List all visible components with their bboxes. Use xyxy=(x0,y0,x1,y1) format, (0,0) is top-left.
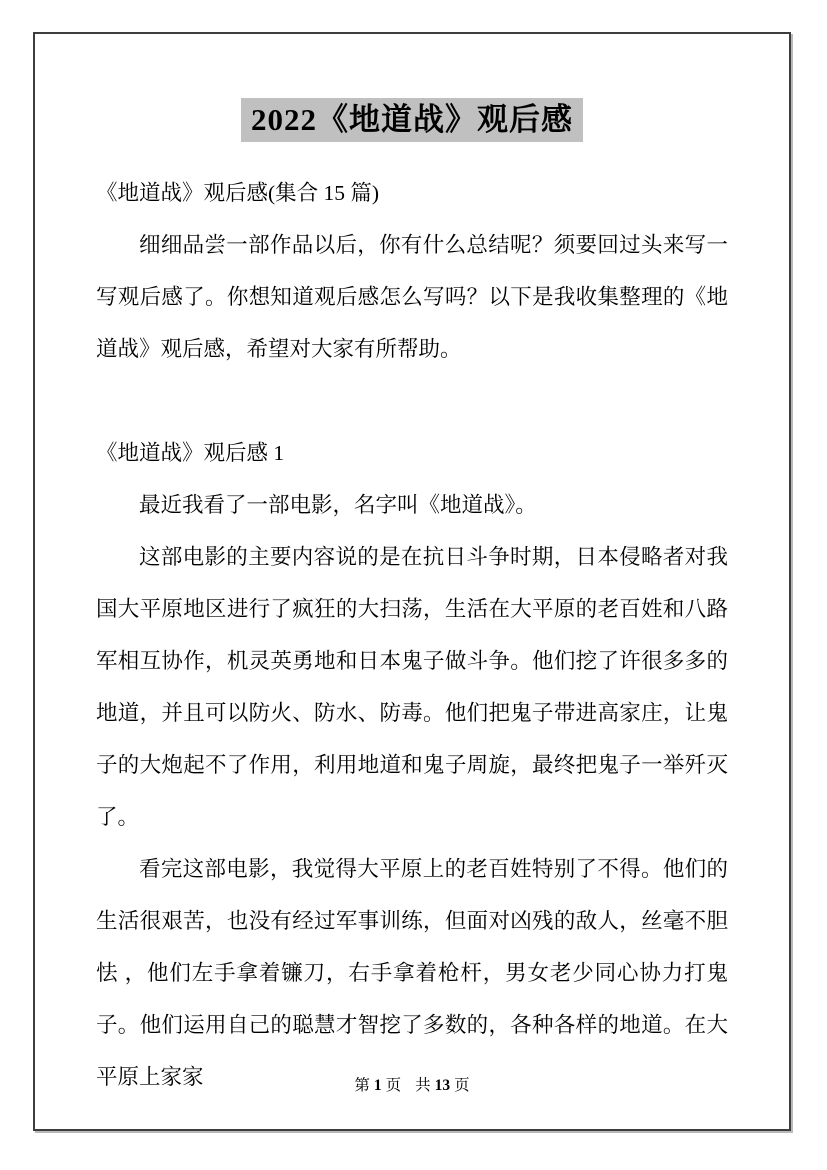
document-page: 2022《地道战》观后感 《地道战》观后感(集合 15 篇)细细品尝一部作品以后… xyxy=(33,32,791,1131)
page-number-suffix: 页 xyxy=(386,1077,402,1094)
total-pages-label: 共13页 xyxy=(415,1077,470,1094)
paragraph: 《地道战》观后感(集合 15 篇) xyxy=(96,167,728,219)
paragraph: 这部电影的主要内容说的是在抗日斗争时期，日本侵略者对我国大平原地区进行了疯狂的大… xyxy=(96,531,728,843)
blank-line xyxy=(96,375,728,427)
page-number-label: 第1页 xyxy=(354,1077,401,1094)
paragraph: 《地道战》观后感 1 xyxy=(96,427,728,479)
paragraph: 看完这部电影，我觉得大平原上的老百姓特别了不得。他们的生活很艰苦，也没有经过军事… xyxy=(96,843,728,1103)
total-pages-prefix: 共 xyxy=(415,1077,431,1094)
title-wrap: 2022《地道战》观后感 xyxy=(35,98,789,142)
paragraph: 细细品尝一部作品以后，你有什么总结呢？须要回过头来写一写观后感了。你想知道观后感… xyxy=(96,219,728,375)
page-footer: 第1页共13页 xyxy=(35,1073,789,1095)
document-body: 《地道战》观后感(集合 15 篇)细细品尝一部作品以后，你有什么总结呢？须要回过… xyxy=(96,167,728,1103)
page-number-prefix: 第 xyxy=(354,1077,370,1094)
document-title: 2022《地道战》观后感 xyxy=(241,98,583,142)
page-number-value: 1 xyxy=(370,1077,386,1094)
total-pages-suffix: 页 xyxy=(454,1077,470,1094)
paragraph: 最近我看了一部电影，名字叫《地道战》。 xyxy=(96,479,728,531)
total-pages-value: 13 xyxy=(431,1077,455,1094)
